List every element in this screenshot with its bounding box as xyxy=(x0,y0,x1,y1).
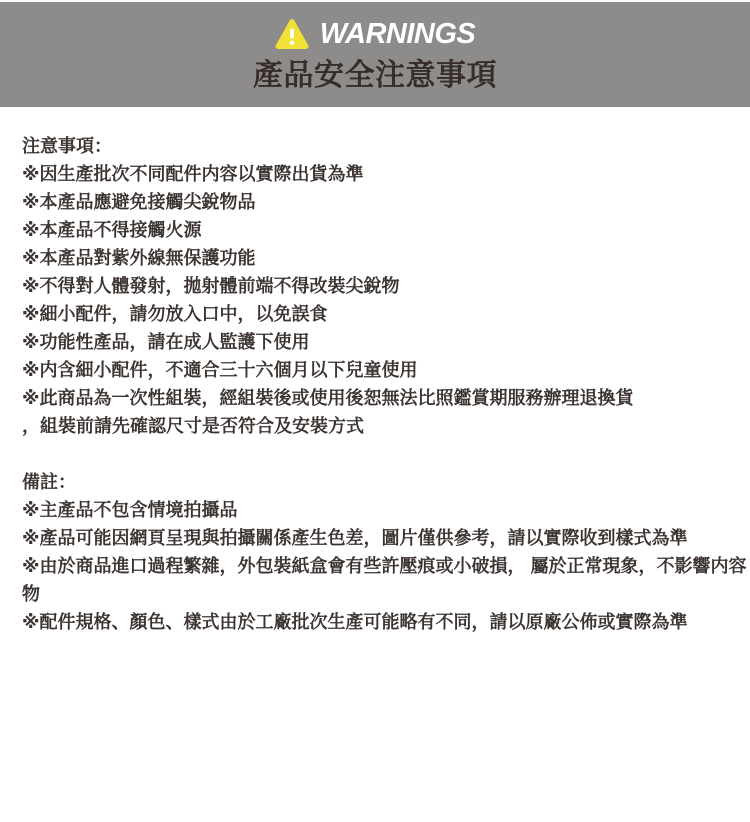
notice-line: ※功能性產品，請在成人監護下使用 xyxy=(22,328,748,356)
warnings-label: WARNINGS xyxy=(320,20,476,49)
remarks-line: ※配件規格、顏色、樣式由於工廠批次生產可能略有不同，請以原廠公佈或實際為準 xyxy=(22,608,748,636)
notice-line: ※内含細小配件，不適合三十六個月以下兒童使用 xyxy=(22,356,748,384)
remarks-line: 物 xyxy=(22,580,748,608)
notice-line: ，組裝前請先確認尺寸是否符合及安裝方式 xyxy=(22,412,748,440)
remarks-heading: 備註： xyxy=(22,468,748,496)
notice-line: ※因生產批次不同配件内容以實際出貨為準 xyxy=(22,160,748,188)
safety-notice-page: WARNINGS 產品安全注意事項 注意事項： ※因生產批次不同配件内容以實際出… xyxy=(0,0,750,822)
notice-line: ※本產品不得接觸火源 xyxy=(22,216,748,244)
body-text: 注意事項： ※因生產批次不同配件内容以實際出貨為準 ※本產品應避免接觸尖銳物品 … xyxy=(22,132,748,636)
notice-line: ※本產品對紫外線無保護功能 xyxy=(22,244,748,272)
remarks-line: ※主產品不包含情境拍攝品 xyxy=(22,496,748,524)
warning-triangle-icon xyxy=(275,18,309,50)
notice-line: ※細小配件，請勿放入口中，以免誤食 xyxy=(22,300,748,328)
notice-heading: 注意事項： xyxy=(22,132,748,160)
page-title: 產品安全注意事項 xyxy=(0,59,750,92)
header-band: WARNINGS 產品安全注意事項 xyxy=(0,2,750,107)
warnings-row: WARNINGS xyxy=(0,17,750,51)
notice-line: ※本產品應避免接觸尖銳物品 xyxy=(22,188,748,216)
remarks-line: ※產品可能因網頁呈現與拍攝關係產生色差，圖片僅供參考，請以實際收到樣式為準 xyxy=(22,524,748,552)
section-spacer xyxy=(22,440,748,468)
notice-line: ※此商品為一次性組裝，經組裝後或使用後恕無法比照鑑賞期服務辦理退換貨 xyxy=(22,384,748,412)
notice-line: ※不得對人體發射，拋射體前端不得改裝尖銳物 xyxy=(22,272,748,300)
remarks-line: ※由於商品進口過程繁雜，外包裝紙盒會有些許壓痕或小破損， 屬於正常現象，不影響内… xyxy=(22,552,748,580)
